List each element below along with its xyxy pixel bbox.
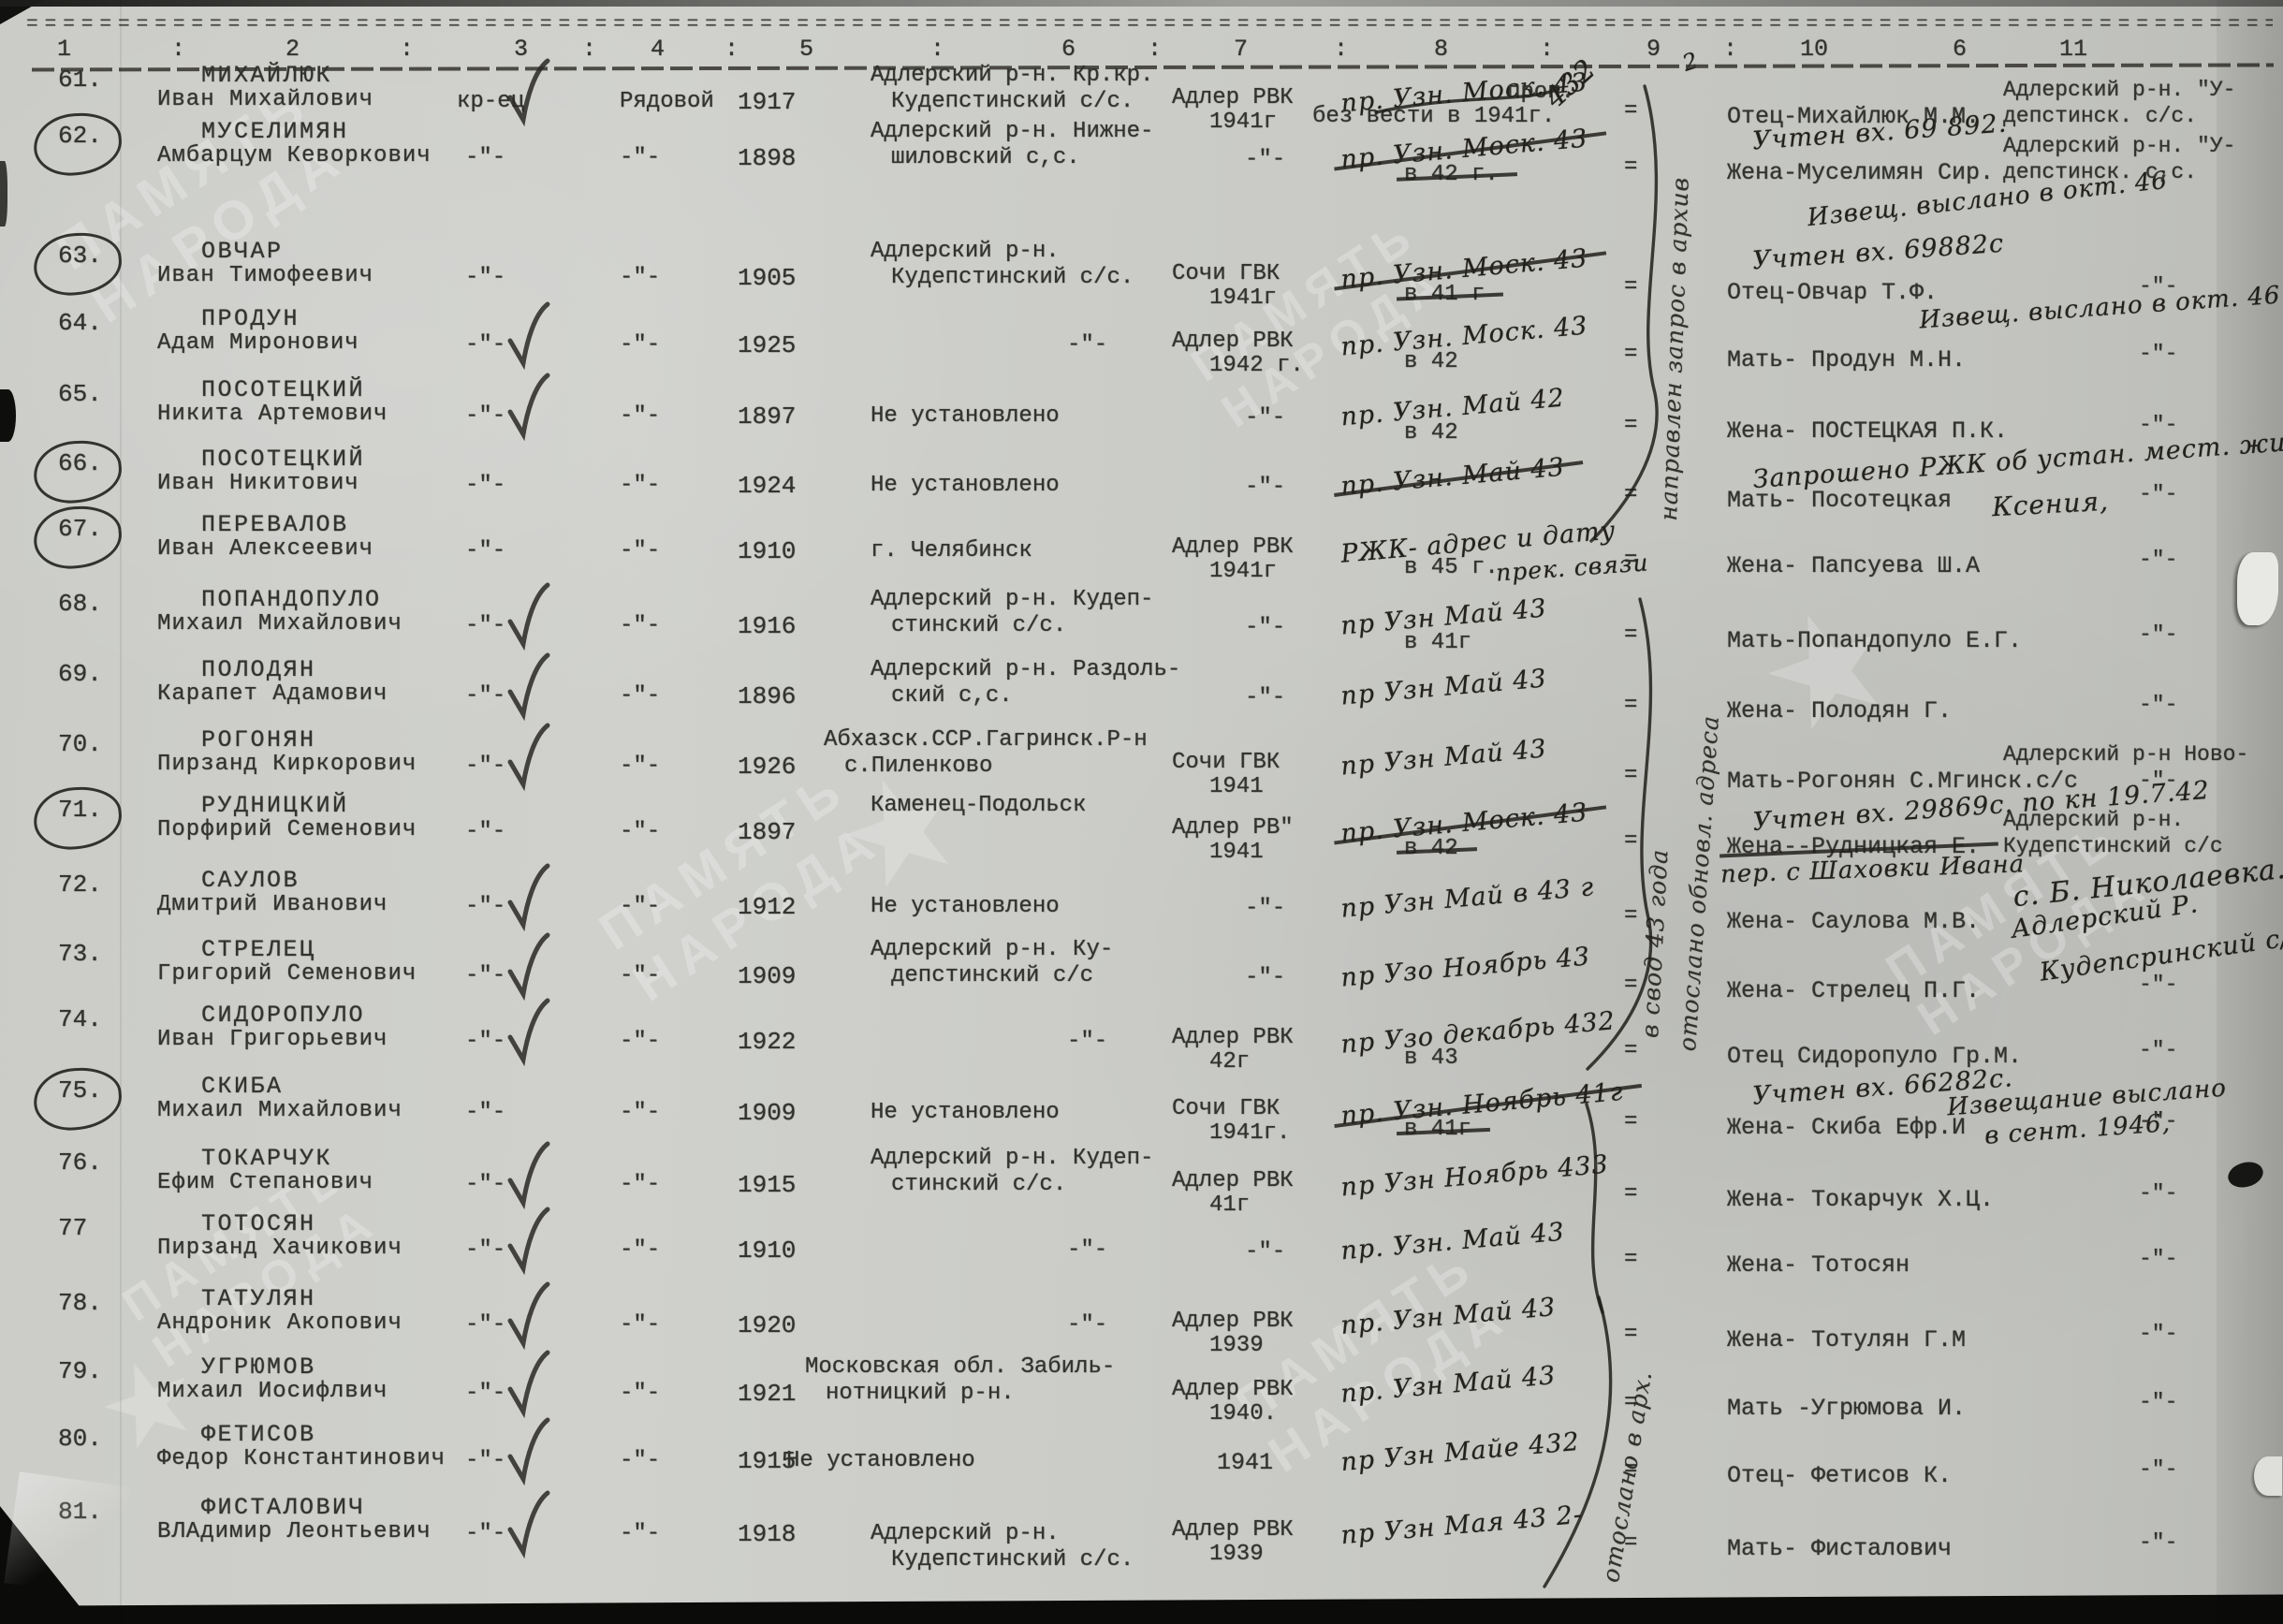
col9-dash-cell: = (1624, 829, 1637, 853)
col9-dash-cell: = (1624, 414, 1637, 437)
surname: УГРЮМОВ (201, 1355, 316, 1380)
address-cell: -"- (2139, 1458, 2177, 1481)
rank-col3-cell: -"- (465, 1449, 505, 1472)
circled-number-mark (31, 437, 124, 506)
rank-col4-cell: -"- (620, 1522, 660, 1545)
row-number: 80. (58, 1426, 102, 1452)
rvk-cell: Адлер РВК (1172, 1309, 1294, 1333)
header-column-number: 4 (651, 37, 665, 62)
birthplace-cell: -"- (1067, 1313, 1107, 1337)
col9-dash-cell: = (1624, 99, 1637, 123)
rvk-year-cell: 42г (1209, 1050, 1250, 1074)
address-cell: Адлерский р-н Ново- (2003, 743, 2248, 766)
birthplace-cell: Адлерский р-н. Кр.кр. (871, 64, 1153, 87)
checkmark-icon (505, 1350, 550, 1424)
address-cell: -"- (2139, 1182, 2177, 1205)
given-name: Ефим Степанович (157, 1171, 373, 1194)
surname: ПОСОТЕЦКИЙ (201, 447, 365, 472)
relative-cell: Мать -Угрюмова И. (1727, 1397, 1966, 1421)
status-cell: без вести в 1941г. (1312, 105, 1555, 128)
status-handwritten-note: пр. Узн. Моск. 43 (1339, 798, 1588, 849)
birthplace-cell: Не установлено (871, 404, 1060, 428)
birthplace-cell: Адлерский р-н. Кудеп- (871, 588, 1153, 611)
birth-year-cell: 1921 (738, 1382, 796, 1407)
margin-vertical-handwriting: отослано в арх. (1597, 1368, 1657, 1584)
birthplace-cell: шиловский с,с. (891, 146, 1080, 169)
surname: РОГОНЯН (201, 728, 316, 753)
status-handwritten-note: пр Узо Ноябрь 43 (1339, 942, 1591, 992)
rank-col3-cell: -"- (465, 684, 505, 708)
row-number: 64. (58, 311, 102, 336)
birthplace-cell: Адлерский р-н. (871, 1522, 1060, 1545)
given-name: Михаил Михайлович (157, 612, 402, 636)
birthplace-cell: Кудепстинский с/с. (891, 90, 1134, 113)
right-edge-crease (2217, 0, 2283, 1624)
row-number: 76. (58, 1150, 102, 1176)
address-cell: -"- (2139, 694, 2177, 716)
rvk-cell: Сочи ГВК (1172, 262, 1280, 285)
row-number: 78. (58, 1291, 102, 1316)
rvk-year-cell: 1939 (1209, 1334, 1264, 1357)
checkmark-icon (505, 1417, 550, 1491)
rank-col3-cell: -"- (465, 333, 505, 357)
birthplace-cell: ский с,с. (891, 684, 1013, 708)
col9-dash-cell: = (1624, 155, 1637, 179)
rank-col3-cell: -"- (465, 614, 505, 637)
address-cell: -"- (2139, 1039, 2177, 1061)
given-name: Карапет Адамович (157, 682, 388, 706)
status-cell: в 41 г (1404, 283, 1485, 306)
col9-dash-cell: = (1624, 904, 1637, 928)
given-name: Иван Григорьевич (157, 1028, 388, 1051)
given-name: ВЛАдимир Леонтьевич (157, 1520, 432, 1544)
header-column-number: 9 (1646, 37, 1661, 62)
col9-dash-cell: = (1624, 1182, 1637, 1206)
checkmark-icon (505, 1281, 550, 1355)
rank-col3-cell: -"- (465, 1030, 505, 1053)
watermark-star-icon: ★ (1734, 563, 1920, 773)
rvk-cell: -"- (1245, 966, 1285, 989)
rank-col4-cell: -"- (620, 820, 660, 843)
relative-cell: Отец-Овчар Т.Ф. (1727, 281, 1938, 305)
birth-year-cell: 1925 (738, 333, 796, 358)
birthplace-cell: Не установлено (871, 895, 1060, 918)
right-torn-patch (2237, 552, 2278, 625)
rank-col3-cell: -"- (465, 754, 505, 778)
birthplace-cell: -"- (1067, 1238, 1107, 1262)
surname: СКИБА (201, 1075, 284, 1099)
surname: ПОПАНДОПУЛО (201, 588, 382, 612)
status-cell: в 41г (1404, 1118, 1471, 1141)
rvk-cell: Адлер РВК (1172, 1026, 1294, 1049)
relative-cell: Мать- Посотецкая (1727, 489, 1952, 513)
birthplace-cell: Абхазск.ССР.Гагринск.Р-н (824, 728, 1148, 752)
rvk-cell: Адлер РВК (1172, 1378, 1294, 1401)
status-handwritten-note: пр Узн Май 43 (1339, 734, 1548, 781)
header-column-number: : (171, 37, 185, 62)
row-number: 72. (58, 872, 102, 898)
rank-col4-cell: -"- (620, 1173, 660, 1196)
rank-col4-cell: -"- (620, 1101, 660, 1124)
relative-cell: Жена- Тотосян (1727, 1253, 1910, 1278)
birth-year-cell: 1910 (738, 539, 796, 564)
rank-col4-cell: -"- (620, 146, 660, 169)
col9-dash-cell: = (1624, 275, 1637, 299)
given-name: Федор Константинович (157, 1447, 446, 1470)
corner-fold-highlight (4, 1471, 131, 1599)
margin-vertical-handwriting: отослано обновл. адреса (1674, 714, 1724, 1052)
rvk-year-cell: 1941г (1209, 110, 1277, 134)
birth-year-cell: 1922 (738, 1030, 796, 1055)
relative-cell: Жена- Саулова М.В. (1727, 910, 1980, 934)
status-cell: в 42 (1404, 421, 1458, 445)
birth-year-cell: 1897 (738, 820, 796, 845)
header-column-number: : (724, 37, 739, 62)
birthplace-cell: -"- (1067, 1030, 1107, 1053)
circled-number-mark (31, 1064, 124, 1134)
header-column-number: 6 (1953, 37, 1967, 62)
header-column-number: 7 (1234, 37, 1248, 62)
status-cell: в 42 (1404, 837, 1458, 860)
rank-col3-cell: -"- (465, 404, 505, 428)
circled-number-mark (31, 503, 124, 572)
birth-year-cell: 1912 (738, 895, 796, 920)
header-column-number: 5 (799, 37, 813, 62)
status-cell: в 45 г. (1404, 556, 1499, 579)
col9-dash-cell: = (1624, 1323, 1637, 1346)
rank-col3-cell: -"- (465, 1238, 505, 1262)
rank-col3-cell: -"- (465, 539, 505, 563)
row-number: 74. (58, 1007, 102, 1032)
birth-year-cell: 1898 (738, 146, 796, 171)
relative-cell: Жена- ПОСТЕЦКАЯ П.К. (1727, 419, 2008, 444)
header-column-number: 1 (57, 37, 71, 62)
address-cell: депстинск. с,с. (2003, 161, 2197, 183)
birth-year-cell: 1924 (738, 474, 796, 499)
surname: МИХАЙЛЮК (201, 64, 332, 88)
circled-number-mark (31, 229, 124, 299)
given-name: Пирзанд Киркорович (157, 753, 417, 776)
header-column-number: 2 (285, 37, 300, 62)
checkmark-icon (505, 373, 550, 446)
address-cell: -"- (2139, 549, 2177, 571)
col9-dash-cell: = (1624, 483, 1637, 506)
status-handwritten-note: пр. Узн. Моск. 43 (1339, 312, 1588, 362)
relative-cell: Жена- Тотулян Г.М (1727, 1328, 1966, 1353)
rvk-cell: -"- (1245, 686, 1285, 710)
rank-col4-cell: -"- (620, 404, 660, 428)
margin-vertical-handwriting: направлен запрос в архив (1655, 176, 1694, 521)
status-cell: в 42 (1404, 350, 1458, 373)
col9-dash-cell: = (1624, 973, 1637, 997)
relative-cell: Мать- Фисталович (1727, 1537, 1952, 1561)
col9-dash-cell: = (1624, 1039, 1637, 1062)
address-cell: -"- (2139, 1110, 2177, 1133)
surname: САУЛОВ (201, 869, 300, 893)
given-name: Иван Тимофеевич (157, 264, 373, 287)
checkmark-icon (505, 723, 550, 797)
status-handwritten-note: пр. Узн. Ноябрь 41г (1339, 1077, 1624, 1131)
rvk-year-cell: 41г (1209, 1193, 1250, 1217)
row-number: 65. (58, 382, 102, 407)
address-cell: -"- (2139, 1248, 2177, 1270)
birthplace-cell: Кудепстинский с/с. (891, 266, 1134, 289)
header-column-number: 10 (1800, 37, 1828, 62)
address-cell: -"- (2139, 1391, 2177, 1413)
birthplace-cell: Не установлено (871, 1101, 1060, 1124)
rank-col3-cell: -"- (465, 1313, 505, 1337)
rank-col4-cell: -"- (620, 1313, 660, 1337)
checkmark-icon (505, 863, 550, 937)
rank-col3-cell: -"- (465, 964, 505, 988)
right-small-nick (2254, 1456, 2282, 1496)
given-name: Пирзанд Хачикович (157, 1236, 402, 1260)
status-cell: в 41г (1404, 631, 1471, 654)
header-column-number: : (1148, 37, 1162, 62)
rvk-cell: 1941 (1217, 1451, 1273, 1475)
rank-col3-cell: -"- (465, 474, 505, 497)
relative-cell: Жена- Папсуева Ш.А (1727, 554, 1980, 578)
status-handwritten-note: пр Узн Мая 43 2- (1339, 1500, 1584, 1550)
birthplace-cell: Не установлено (786, 1449, 975, 1472)
rank-col3-cell: -"- (465, 1522, 505, 1545)
surname: СТРЕЛЕЦ (201, 938, 316, 962)
address-cell: -"- (2139, 414, 2177, 436)
status-handwritten-note: пр. Узн Май 43 (1339, 1293, 1557, 1340)
surname: ПОЛОДЯН (201, 658, 316, 682)
address-cell: Адлерский р-н. "У- (2003, 135, 2235, 157)
header-column-number: : (582, 37, 596, 62)
birth-year-cell: 1920 (738, 1313, 796, 1339)
relative-cell: Жена- Полодян Г. (1727, 699, 1952, 724)
birthplace-cell: Адлерский р-н. Кудеп- (871, 1147, 1153, 1170)
col9-dash-cell: = (1624, 623, 1637, 647)
rank-col4-cell: -"- (620, 614, 660, 637)
rank-col4-cell: -"- (620, 895, 660, 918)
status-cell: в 42 г. (1404, 163, 1499, 186)
given-name: Иван Михайлович (157, 88, 373, 111)
address-cell: -"- (2139, 343, 2177, 365)
birth-year-cell: 1905 (738, 266, 796, 291)
birthplace-cell: Московская обл. Забиль- (805, 1355, 1115, 1379)
checkmark-icon (505, 1490, 550, 1564)
birthplace-cell: стинский с/с. (891, 1173, 1066, 1196)
header-column-number: 6 (1061, 37, 1076, 62)
given-name: Михаил Иосифлвич (157, 1380, 388, 1403)
row-number: 69. (58, 662, 102, 687)
row-number: 73. (58, 942, 102, 967)
given-name: Порфирий Семенович (157, 818, 417, 841)
birthplace-cell: Не установлено (871, 474, 1060, 497)
rvk-cell: Адлер РВК (1172, 86, 1294, 110)
birthplace-cell: Адлерский р-н. Нижне- (871, 120, 1153, 143)
birth-year-cell: 1896 (738, 684, 796, 710)
rank-col4-cell: -"- (620, 754, 660, 778)
rank-col4-cell: -"- (620, 1449, 660, 1472)
rank-col4-cell: -"- (620, 266, 660, 289)
left-edge-ink-blob (0, 389, 16, 442)
birth-year-cell: 1909 (738, 1101, 796, 1126)
col9-dash-cell: = (1624, 1248, 1637, 1271)
relative-cell: Жена-Муселимян Сир. (1727, 161, 1994, 185)
rvk-cell: -"- (1245, 897, 1285, 920)
given-name: Никита Артемович (157, 402, 388, 426)
surname: РУДНИЦКИЙ (201, 794, 349, 818)
rvk-cell: -"- (1245, 148, 1285, 171)
birth-year-cell: 1916 (738, 614, 796, 639)
rvk-year-cell: 1941г. (1209, 1121, 1290, 1145)
rvk-year-cell: 1942 г. (1209, 354, 1304, 377)
status-handwritten-note: пр Узн Майе 432 (1339, 1427, 1581, 1477)
birthplace-cell: стинский с/с. (891, 614, 1066, 637)
birth-year-cell: 1926 (738, 754, 796, 780)
rank-col4-cell: -"- (620, 964, 660, 988)
checkmark-icon (505, 1141, 550, 1215)
rank-col3-cell: -"- (465, 895, 505, 918)
address-cell: -"- (2139, 483, 2177, 505)
row-number: 79. (58, 1359, 102, 1384)
rvk-cell: Адлер РВ" (1172, 816, 1294, 840)
surname: ПОСОТЕЦКИЙ (201, 378, 365, 402)
rank-col4-cell: -"- (620, 474, 660, 497)
checkmark-icon (505, 582, 550, 656)
address-cell: -"- (2139, 623, 2177, 646)
rank-col4-cell: -"- (620, 1238, 660, 1262)
left-edge-ink-dash (0, 801, 11, 816)
page-bottom-edge (0, 1591, 2283, 1624)
checkmark-icon (505, 301, 550, 375)
birth-year-cell: 1915 (738, 1173, 796, 1198)
birthplace-cell: г. Челябинск (871, 539, 1032, 563)
relative-cell: Жена- Токарчук Х.Ц. (1727, 1188, 1994, 1212)
status-handwritten-note: пр Узн Май 43 (1339, 664, 1548, 710)
checkmark-icon (505, 1207, 550, 1280)
header-column-number: : (930, 37, 944, 62)
status-handwritten-note: пр. Узн Май 43 (1339, 1361, 1557, 1409)
relative-cell: Отец- Фетисов К. (1727, 1464, 1952, 1488)
checkmark-icon (505, 932, 550, 1006)
relative-handwritten-after: Ксения, (1991, 486, 2109, 522)
birthplace-cell: -"- (1067, 333, 1107, 357)
given-name: Дмитрий Иванович (157, 893, 388, 916)
surname: ОВЧАР (201, 240, 284, 264)
checkmark-icon (505, 998, 550, 1072)
rvk-cell: Адлер РВК (1172, 535, 1294, 559)
given-name: Михаил Михайлович (157, 1099, 402, 1122)
rvk-year-cell: 1940. (1209, 1402, 1277, 1426)
birthplace-cell: Кудепстинский с/с. (891, 1548, 1134, 1572)
rank-col4-cell: -"- (620, 539, 660, 563)
rvk-cell: Сочи ГВК (1172, 751, 1280, 774)
rvk-year-cell: 1941 (1209, 775, 1264, 798)
given-name: Григорий Семенович (157, 962, 417, 986)
given-name: Андроник Акопович (157, 1311, 402, 1335)
birthplace-cell: Адлерский р-н. Раздоль- (871, 658, 1180, 681)
rvk-cell: -"- (1245, 475, 1285, 499)
rvk-cell: Адлер РВК (1172, 1518, 1294, 1542)
rank-col3-cell: -"- (465, 1382, 505, 1405)
margin-vertical-handwriting: в свод 43 года (1636, 848, 1674, 1038)
col9-dash-cell: = (1624, 764, 1637, 787)
header-column-number: : (400, 37, 414, 62)
address-cell: Адлерский р-н. (2003, 809, 2184, 831)
surname: ПЕРЕВАЛОВ (201, 513, 349, 537)
address-cell: -"- (2139, 973, 2177, 996)
left-edge-ink-dash2 (0, 161, 7, 227)
given-name: Адам Миронович (157, 331, 359, 355)
col9-dash-cell: = (1624, 694, 1637, 717)
rank-col3-cell: -"- (465, 1101, 505, 1124)
birthplace-cell: Каменец-Подольск (871, 794, 1086, 817)
birthplace-cell: депстинский с/с (891, 964, 1093, 988)
rvk-cell: Адлер РВК (1172, 1169, 1294, 1192)
col9-dash-cell: = (1624, 343, 1637, 366)
given-name: Амбарцум Кеворкович (157, 144, 432, 168)
row-number: 77 (58, 1216, 87, 1241)
header-column-number: : (1334, 37, 1348, 62)
relative-cell: Жена- Скиба Ефр.И (1727, 1116, 1966, 1140)
row-number: 68. (58, 592, 102, 617)
birth-year-cell: 1917 (738, 90, 796, 115)
status-handwritten-note: пр. Узн. Май 43 (1339, 453, 1566, 502)
surname: ФИСТАЛОВИЧ (201, 1496, 365, 1520)
surname: ФЕТИСОВ (201, 1423, 316, 1447)
given-name: Иван Никитович (157, 472, 359, 495)
header-ruler: ========================================… (26, 15, 2273, 36)
header-hw-mark: 2 (1679, 47, 1702, 77)
relative-cell: Мать-Попандопуло Е.Г. (1727, 629, 2022, 653)
address-cell: депстинск. с/с. (2003, 105, 2197, 127)
address-cell: Кудепстинский с/с (2003, 835, 2223, 857)
address-cell: -"- (2139, 1531, 2177, 1554)
rvk-cell: Адлер РВК (1172, 329, 1294, 353)
scanned-document-page: ========================================… (0, 0, 2283, 1624)
status-handwritten-note: пр Узн Ноябрь 433 (1339, 1150, 1610, 1203)
rank-col4-cell: -"- (620, 333, 660, 357)
checkmark-icon (505, 652, 550, 726)
status-handwritten-note: пр Узн Май в 43 г (1339, 872, 1595, 924)
surname: ПРОДУН (201, 307, 300, 331)
header-column-number: : (1540, 37, 1554, 62)
rank-col4-cell: -"- (620, 1382, 660, 1405)
birthplace-cell: Адлерский р-н. (871, 240, 1060, 263)
circled-number-mark (31, 783, 124, 853)
surname: ТОКАРЧУК (201, 1147, 332, 1171)
rvk-cell: -"- (1245, 616, 1285, 639)
rvk-year-cell: 1941г (1209, 286, 1277, 310)
relative-cell: Жена- Стрелец П.Г. (1727, 979, 1980, 1003)
rank-col3-cell: -"- (465, 820, 505, 843)
birth-year-cell: 1910 (738, 1238, 796, 1264)
circled-number-mark (31, 110, 124, 179)
left-margin-crease (120, 0, 122, 1624)
rank-col4-cell: Рядовой (620, 90, 714, 113)
header-column-number: : (1723, 37, 1737, 62)
relative-handwritten-above: Учтен вх. 69882с (1751, 229, 2005, 276)
birth-year-cell: 1897 (738, 404, 796, 430)
rvk-year-cell: 1941 (1209, 841, 1264, 864)
surname: МУСЕЛИМЯН (201, 120, 349, 144)
rvk-year-cell: 1939 (1209, 1543, 1264, 1566)
rank-col3-cell: -"- (465, 1173, 505, 1196)
surname: ТОТОСЯН (201, 1212, 316, 1236)
surname: ТАТУЛЯН (201, 1287, 316, 1311)
col9-dash-cell: = (1624, 549, 1637, 572)
rvk-cell: -"- (1245, 1240, 1285, 1264)
status-handwritten-note: пр. Узн. Май 43 (1339, 1218, 1566, 1266)
address-cell: -"- (2139, 1323, 2177, 1345)
rank-col3-cell: -"- (465, 266, 505, 289)
